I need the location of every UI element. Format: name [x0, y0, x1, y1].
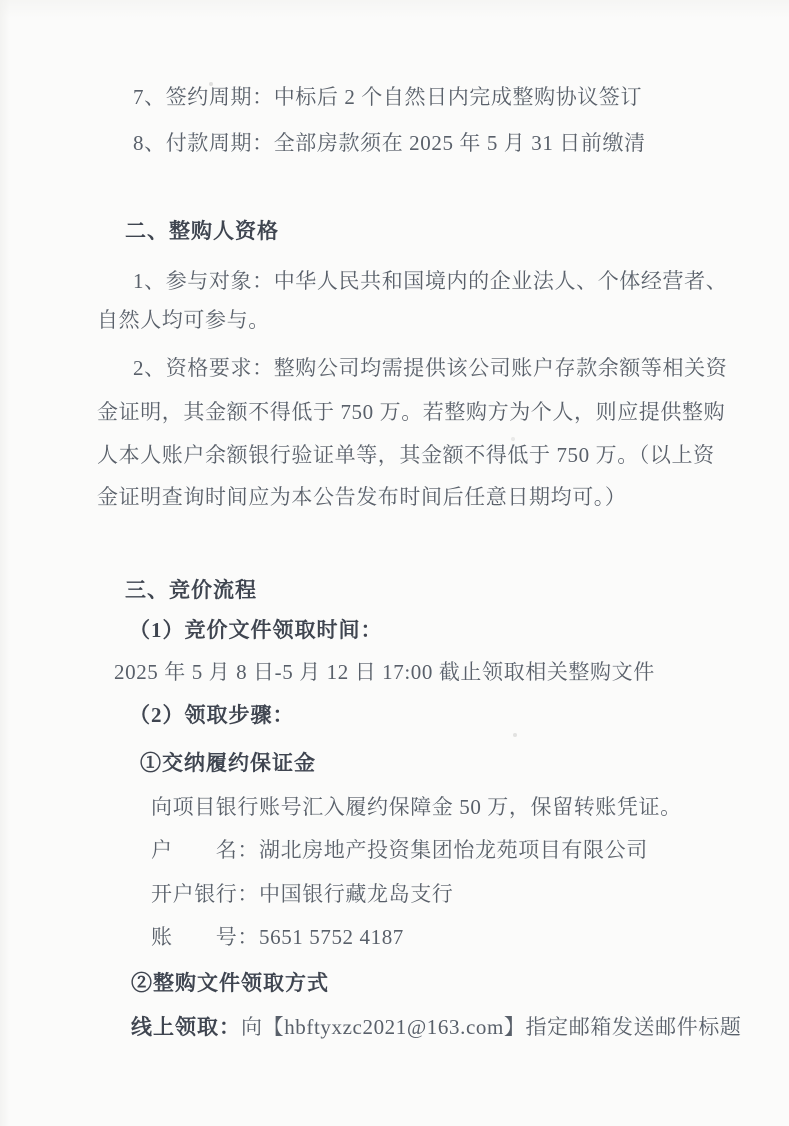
subheading-pickup-steps: （2）领取步骤： [129, 701, 295, 729]
paragraph-participants-line2: 自然人均可参与。 [97, 306, 270, 334]
scan-speck [209, 82, 213, 86]
online-pickup-label: 线上领取： [131, 1015, 241, 1039]
bank-account-number: 账 号：5651 5752 4187 [151, 923, 404, 951]
subheading-document-pickup-time: （1）竞价文件领取时间： [129, 616, 383, 644]
step2-title-document-pickup-method: ②整购文件领取方式 [131, 969, 329, 997]
paragraph-qualification-line4: 金证明查询时间应为本公告发布时间后任意日期均可。） [97, 483, 627, 511]
online-pickup-line: 线上领取：向【hbftyxzc2021@163.com】指定邮箱发送邮件标题 [131, 1013, 742, 1041]
paragraph-participants-line1: 1、参与对象：中华人民共和国境内的企业法人、个体经营者、 [133, 267, 727, 295]
online-pickup-email-instruction: 向【hbftyxzc2021@163.com】指定邮箱发送邮件标题 [241, 1015, 742, 1039]
bank-branch: 开户银行：中国银行藏龙岛支行 [151, 880, 453, 908]
clause-payment-period: 8、付款周期：全部房款须在 2025 年 5 月 31 日前缴清 [133, 129, 646, 157]
section-heading-bidding-process: 三、竞价流程 [125, 576, 257, 604]
paragraph-qualification-line3: 人本人账户余额银行验证单等，其金额不得低于 750 万。（以上资 [97, 441, 715, 469]
paragraph-qualification-line1: 2、资格要求：整购公司均需提供该公司账户存款余额等相关资 [133, 354, 727, 382]
step1-title-deposit: ①交纳履约保证金 [140, 749, 316, 777]
document-page: 7、签约周期：中标后 2 个自然日内完成整购协议签订 8、付款周期：全部房款须在… [0, 0, 789, 1126]
paragraph-qualification-line2: 金证明，其金额不得低于 750 万。若整购方为个人，则应提供整购 [97, 398, 725, 426]
scan-speck [511, 437, 515, 441]
section-heading-buyer-qualification: 二、整购人资格 [125, 217, 279, 245]
clause-signing-period: 7、签约周期：中标后 2 个自然日内完成整购协议签订 [133, 83, 642, 111]
pickup-time-value: 2025 年 5 月 8 日-5 月 12 日 17:00 截止领取相关整购文件 [114, 658, 655, 686]
bank-account-name: 户 名：湖北房地产投资集团怡龙苑项目有限公司 [151, 836, 648, 864]
step1-deposit-instruction: 向项目银行账号汇入履约保障金 50 万，保留转账凭证。 [151, 793, 682, 821]
scan-speck [513, 733, 517, 737]
